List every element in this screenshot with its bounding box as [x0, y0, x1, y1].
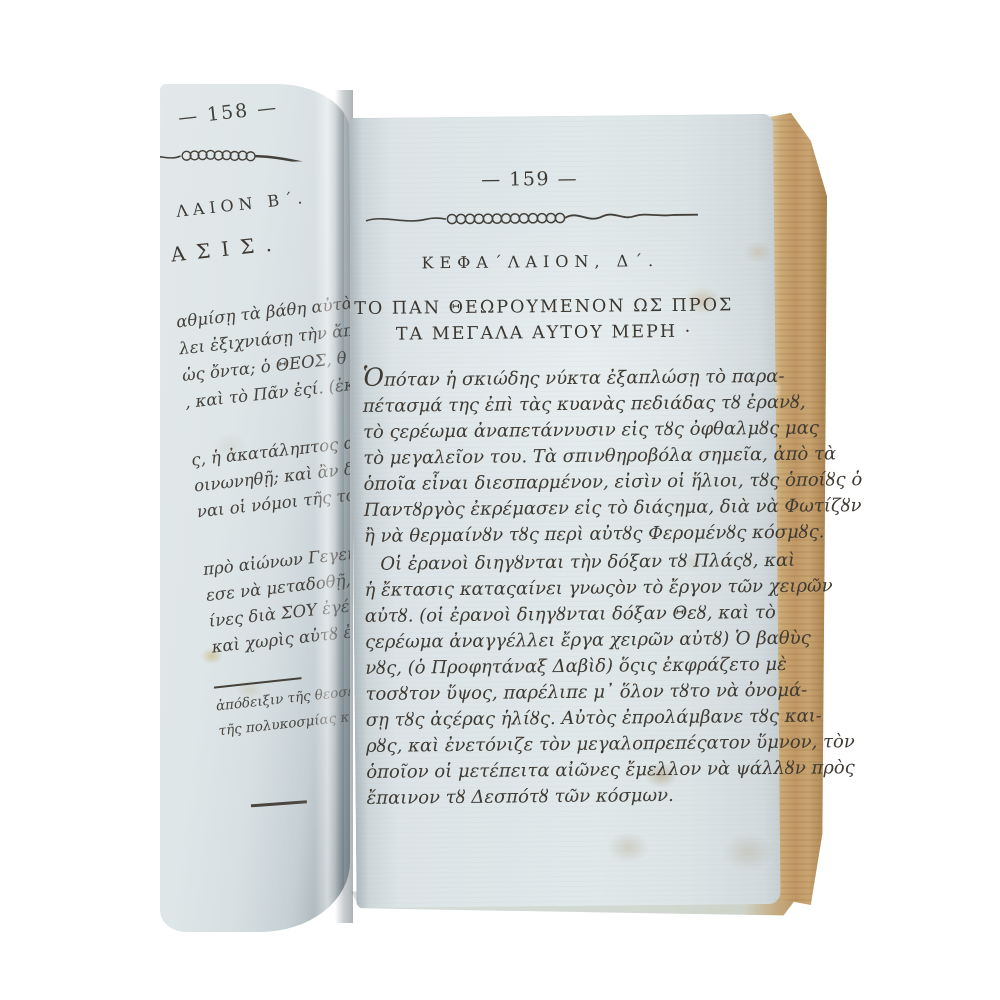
chain-ornament [160, 139, 350, 167]
left-page-content: — 158 — ΛΑΙΟΝ Β΄. ΑΣΙΣ. αθμίσῃ τὰ βάθη α… [160, 84, 350, 923]
left-page: — 158 — ΛΑΙΟΝ Β΄. ΑΣΙΣ. αθμίσῃ τὰ βάθη α… [160, 84, 350, 932]
text-line: τὸ ςερέωμα ἀναπετάννυσιν εἰς τȣς ὀφθαλμȣ… [363, 416, 767, 446]
paragraph: Ὁπόταν ἡ σκιώδης νύκτα ἐξαπλώσῃ τὸ παρα-… [362, 361, 768, 550]
right-page: — 159 — ΚΕΦΑ΄ΛΑΙΟΝ, Δ΄. ΤΟ ΠΑΝ ΘΕΩΡΟΥΜΕΝ… [349, 114, 781, 908]
text-line: ἔπαινον τȣ Δεσπότȣ τῶν κόσμων. [366, 782, 770, 812]
text-line: Ὁπόταν ἡ σκιώδης νύκτα ἐξαπλώσῃ τὸ παρα- [362, 361, 766, 394]
text-line: τοσȣτον ὕψος, παρέλιπε μ᾽ ὅλον τȣτο νὰ ὀ… [365, 678, 769, 708]
text-line: ὁποῖον οἱ μετέπειτα αἰῶνες ἔμελλον νὰ ψά… [366, 756, 770, 786]
left-page-number: — 158 — [177, 96, 279, 129]
left-chapter-heading-fragment: ΛΑΙΟΝ Β΄. [175, 188, 308, 221]
text-line: Οἱ ἐρανοὶ διηγȣνται τὴν δόξαν τȣ Πλάςȣ, … [364, 548, 768, 578]
left-body-block: ς, ἡ ἀκατάληπτος αἰτ οινωνηθῇ; καὶ ἂν δύ… [190, 426, 350, 525]
end-rule [251, 800, 307, 807]
text-line: αὐτȣ. (οἱ ἐρανοὶ διηγȣνται δόξαν Θεȣ, κα… [365, 600, 769, 630]
chapter-heading: ΚΕΦΑ΄ΛΑΙΟΝ, Δ΄. [350, 250, 730, 273]
text-line: ὁποῖα εἶναι διεσπαρμένον, εἰσὶν οἱ ἥλιοι… [363, 468, 767, 498]
text-line: σῃ τȣς ἀςέρας ἡλίȣς. Αὐτὸς ἐπρολάμβανε τ… [366, 704, 770, 734]
text-line: τὸ μεγαλεῖον του. Τὰ σπινθηροβόλα σημεῖα… [363, 442, 767, 472]
text-line: ΤΟ ΠΑΝ ΘΕΩΡΟΥΜΕΝΟΝ ΩΣ ΠΡΟΣ [351, 292, 737, 322]
left-body-block: πρὸ αἰώνων Γεγεννημέ εσε νὰ μεταδοθῇ, ΣΥ… [202, 536, 350, 661]
text-line: πέτασμά της ἐπὶ τὰς κυανὰς πεδιάδας τȣ ἐ… [363, 390, 767, 420]
text-line: ςερέωμα ἀναγγέλλει ἔργα χειρῶν αὐτȣ) Ὁ β… [365, 626, 769, 656]
left-section-heading-fragment: ΑΣΙΣ. [170, 231, 284, 267]
paragraph: Οἱ ἐρανοὶ διηγȣνται τὴν δόξαν τȣ Πλάςȣ, … [364, 548, 770, 812]
text-line: ἢ νὰ θερμαίνȣν τȣς περὶ αὐτȣς Φερομένȣς … [364, 520, 768, 550]
right-page-number: — 159 — [350, 167, 710, 192]
book-photo: — 158 — ΛΑΙΟΝ Β΄. ΑΣΙΣ. αθμίσῃ τὰ βάθη α… [0, 0, 1000, 1000]
text-line: ἡ ἔκτασις καταςαίνει γνωςὸν τὸ ἔργον τῶν… [364, 574, 768, 604]
text-line: ρȣς, καὶ ἐνετόνιζε τὸν μεγαλοπρεπέςατον … [366, 730, 770, 760]
text-line: νȣς, (ὁ Προφητάναξ Δαβὶδ) ὅςις ἐκφράζετο… [365, 652, 769, 682]
left-body-block: αθμίσῃ τὰ βάθη αὐτὰ τ λει ἐξιχνιάσῃ τὴν … [175, 287, 350, 416]
chapter-title: ΤΟ ΠΑΝ ΘΕΩΡΟΥΜΕΝΟΝ ΩΣ ΠΡΟΣ ΤΑ ΜΕΓΑΛΑ ΑΥΤ… [351, 292, 737, 348]
chain-ornament [364, 207, 700, 230]
text-line: ΤΑ ΜΕΓΑΛΑ ΑΥΤΟΥ ΜΕΡΗ · [351, 318, 737, 348]
text-line: Παντȣργὸς ἐκρέμασεν εἰς τὸ διάςημα, διὰ … [364, 494, 768, 524]
